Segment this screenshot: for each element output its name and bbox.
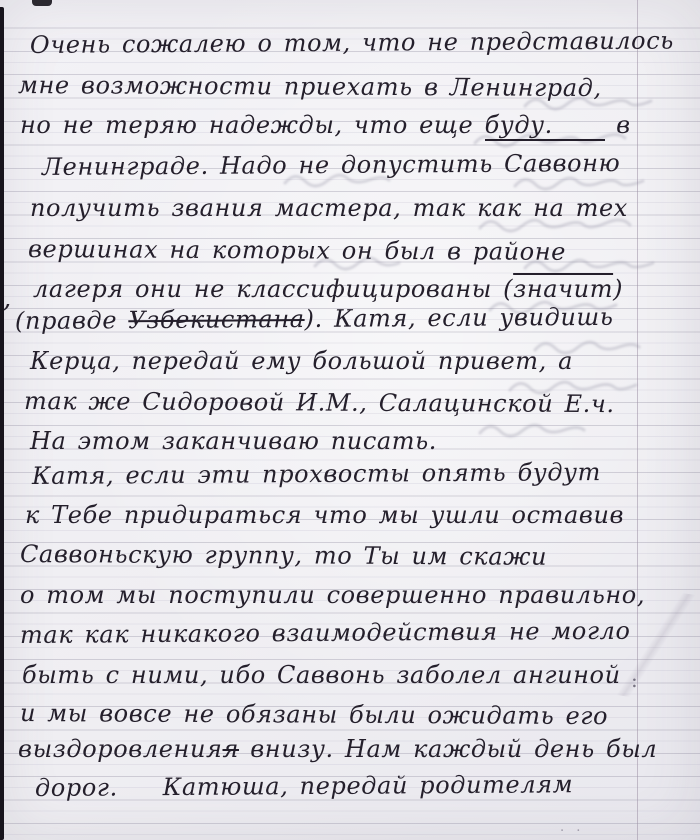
underlined-word: буду.	[485, 111, 605, 141]
handwritten-line: Керца, передай ему большой привет, а	[30, 346, 573, 376]
line-segment: ). Катя, если увидишь	[305, 303, 614, 333]
line-segment: но не теряю надежды, что еще	[20, 111, 485, 139]
struck-word: Узбекистана	[128, 305, 305, 334]
scan-edge-strip	[0, 7, 4, 840]
scanned-letter-page: Очень сожалею о том, что не представилос…	[0, 0, 700, 840]
handwritten-line: На этом заканчиваю писать.	[30, 426, 437, 456]
stray-ink-dots: :	[631, 668, 638, 692]
handwritten-line: о том мы поступили совершенно правильно,	[20, 580, 645, 610]
handwritten-line: быть с ними, ибо Саввонь заболел ангиной	[22, 660, 621, 690]
line-segment: внизу. Нам каждый день был	[239, 735, 657, 763]
line-segment: (правде	[15, 306, 129, 335]
scan-smudge	[32, 0, 52, 6]
handwritten-line: мне возможности приехать в Ленинград,	[18, 70, 602, 103]
line-segment: выздоровления	[18, 735, 223, 763]
margin-comma-mark: ,	[3, 284, 11, 314]
handwritten-line: вершинах на которых он был в районе	[28, 234, 566, 267]
handwritten-line: и мы вовсе не обязаны были ожидать его	[20, 698, 608, 731]
line-segment: )	[613, 275, 623, 303]
handwritten-line: но не теряю надежды, что еще буду. в	[20, 110, 631, 140]
handwritten-line: так как никакого взаимодействия не могло	[20, 616, 631, 650]
handwritten-line: к Тебе придираться что мы ушли оставив	[25, 500, 624, 530]
handwritten-line: (правде Узбекистана). Катя, если увидишь	[15, 302, 614, 336]
line-segment: в	[605, 111, 631, 139]
handwritten-line: лагеря они не классифицированы (значит)	[33, 274, 623, 304]
handwritten-line: Саввоньскую группу, то Ты им скажи	[20, 539, 547, 572]
handwritten-line: дорог. Катюша, передай родителям	[35, 769, 573, 803]
bottom-ink-dots: . .	[560, 820, 584, 835]
handwritten-line: Очень сожалею о том, что не представилос…	[30, 26, 674, 60]
scribbled-letters: я	[223, 735, 240, 763]
handwritten-line: так же Сидоровой И.М., Салацинской Е.ч.	[24, 386, 615, 419]
handwritten-line: Катя, если эти прохвосты опять будут	[32, 457, 601, 491]
handwritten-line: получить звания мастера, так как на тех	[30, 193, 628, 223]
overlined-word: значит	[513, 275, 613, 303]
handwritten-line: Ленинграде. Надо не допустить Саввоню	[42, 148, 620, 182]
handwritten-line: выздоровленияя внизу. Нам каждый день бы…	[18, 734, 657, 764]
line-segment: лагеря они не классифицированы (	[33, 275, 513, 303]
